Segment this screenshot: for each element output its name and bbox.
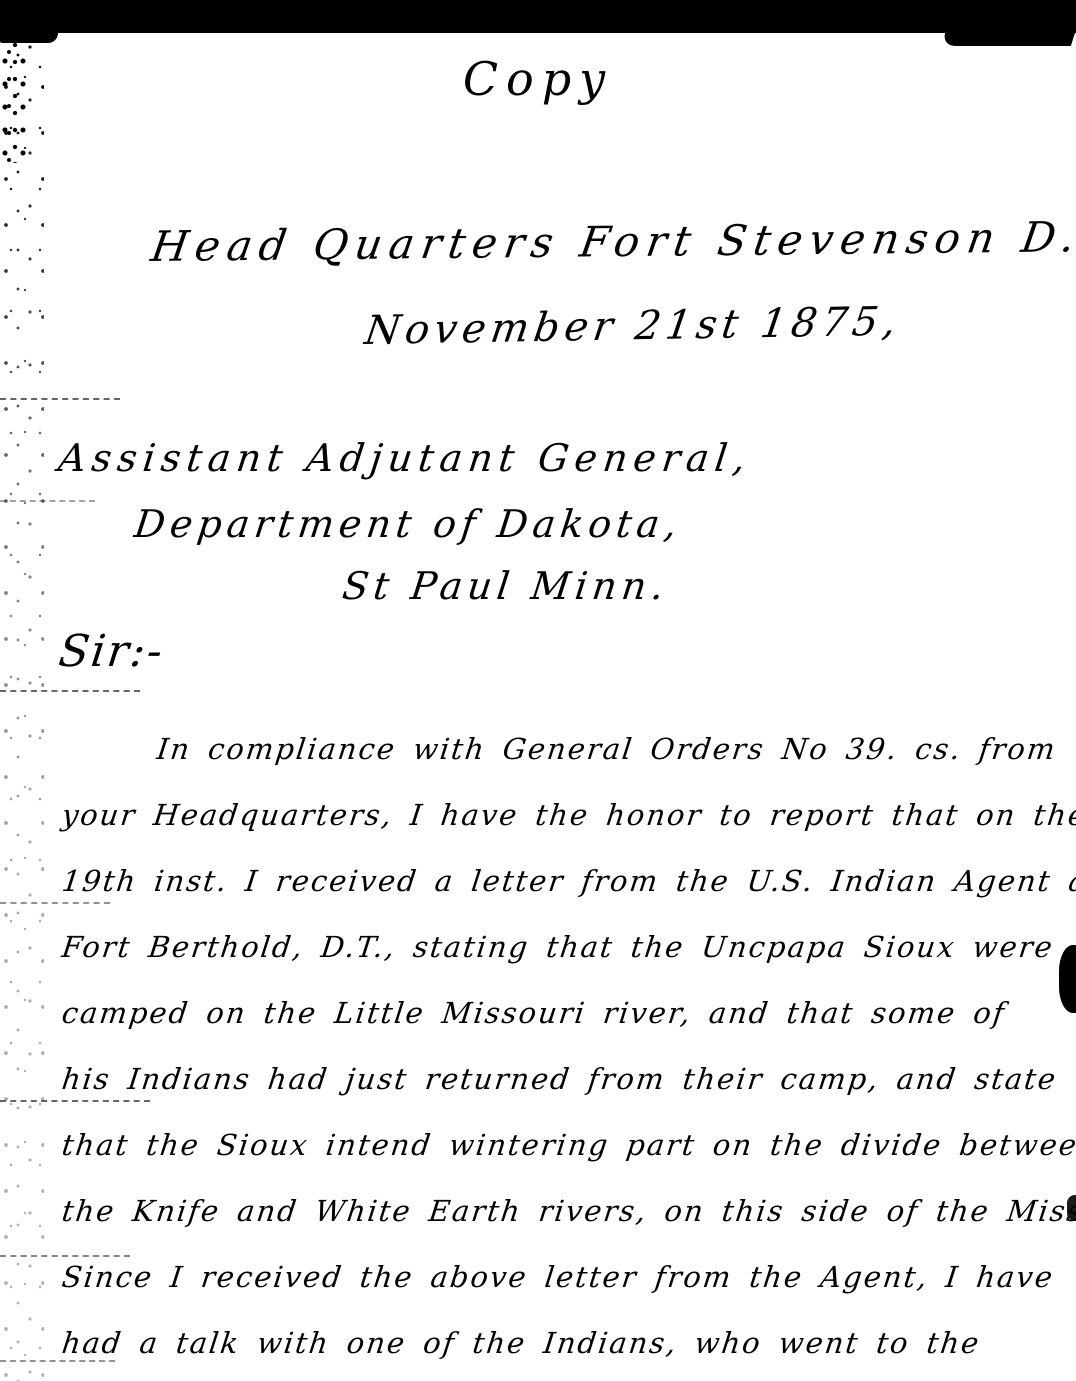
body-line: his Indians had just returned from their… [58, 1046, 1071, 1112]
letterhead-headquarters-line: Head Quarters Fort Stevenson D.T. [148, 212, 1076, 271]
addressee-line-2: Department of Dakota, [132, 502, 684, 546]
scan-artifact-left-edge-noise [0, 33, 44, 1381]
body-line: camped on the Little Missouri river, and… [58, 980, 1071, 1046]
copy-annotation: Copy [0, 52, 1076, 106]
body-line: that the Sioux intend wintering part on … [58, 1112, 1071, 1178]
letter-date-line: November 21st 1875, [362, 299, 904, 354]
scan-artifact-ruled-line [0, 500, 95, 502]
scan-artifact-top-bar [0, 0, 1076, 33]
salutation: Sir:- [56, 626, 167, 677]
scanned-letter-page: Copy Head Quarters Fort Stevenson D.T. N… [0, 0, 1076, 1381]
scan-artifact-ruled-line [0, 690, 140, 692]
body-line: the Knife and White Earth rivers, on thi… [58, 1178, 1071, 1244]
addressee-line-1: Assistant Adjutant General, [56, 436, 754, 480]
body-line: Since I received the above letter from t… [58, 1244, 1071, 1310]
scan-artifact-top-bar-right-edge [941, 30, 1076, 46]
body-line: had a talk with one of the Indians, who … [58, 1310, 1071, 1376]
addressee-line-3: St Paul Minn. [340, 564, 671, 608]
body-line: Fort Berthold, D.T., stating that the Un… [58, 914, 1071, 980]
letter-body: In compliance with General Orders No 39.… [58, 716, 1063, 1376]
body-line: your Headquarters, I have the honor to r… [58, 782, 1071, 848]
scan-artifact-ruled-line [0, 398, 120, 400]
body-line: 19th inst. I received a letter from the … [58, 848, 1071, 914]
body-line: In compliance with General Orders No 39.… [58, 716, 1071, 782]
